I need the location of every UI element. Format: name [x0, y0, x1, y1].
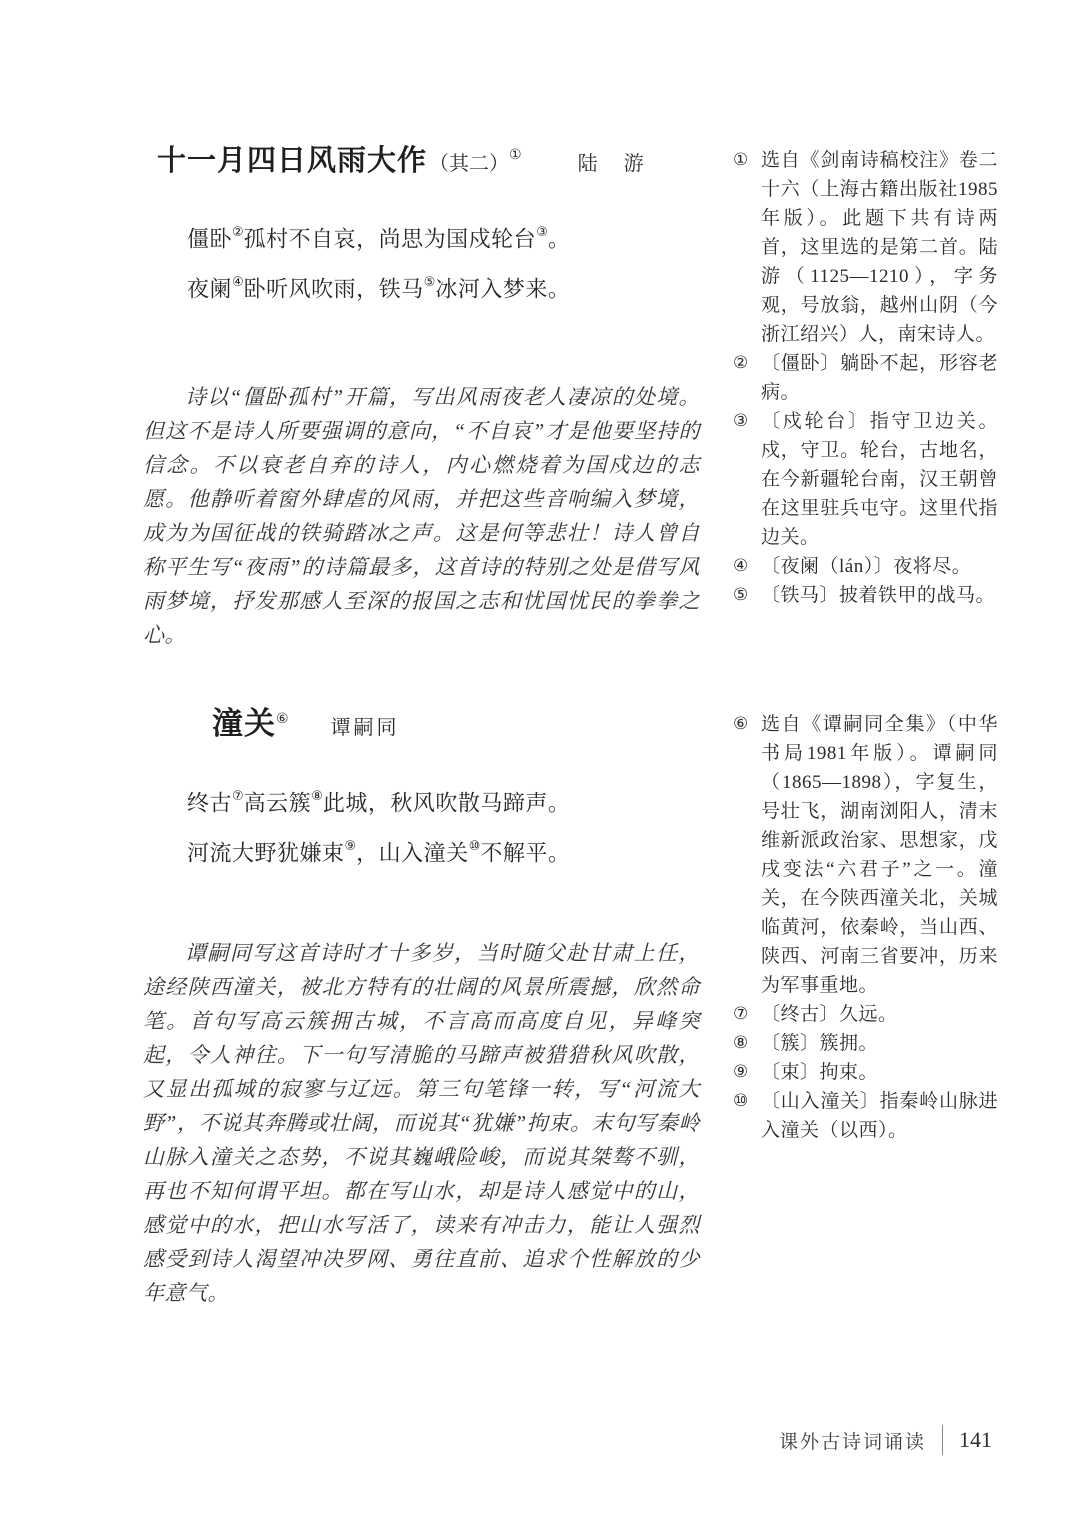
- note-ref-9: ⑨: [345, 839, 357, 854]
- poem1-line2: 夜阑④卧听风吹雨，铁马⑤冰河入梦来。: [187, 262, 570, 312]
- annotation-text: 〔簇〕簇拥。: [761, 1029, 998, 1058]
- annotation-text: 〔僵卧〕躺卧不起，形容老病。: [761, 349, 998, 407]
- note-ref-10: ⑩: [469, 839, 481, 854]
- footer-divider: [942, 1425, 943, 1455]
- poem2-author: 谭嗣同: [331, 711, 400, 740]
- annotation-number: ⑦: [733, 1000, 761, 1029]
- poem1-title-note-ref: ①: [509, 147, 522, 163]
- poem2-title: 潼关: [212, 698, 276, 743]
- annotation-number: ⑤: [733, 581, 761, 610]
- annotation-text: 〔夜阑（lán）〕夜将尽。: [761, 552, 998, 581]
- annotation-item-9: ⑨ 〔束〕拘束。: [733, 1058, 998, 1087]
- annotation-number: ③: [733, 407, 761, 436]
- annotation-number: ②: [733, 349, 761, 378]
- note-ref-2: ②: [232, 225, 244, 240]
- annotations-poem1: ① 选自《剑南诗稿校注》卷二十六（上海古籍出版社1985年版）。此题下共有诗两首…: [733, 146, 998, 610]
- annotation-item-8: ⑧ 〔簇〕簇拥。: [733, 1029, 998, 1058]
- annotation-text: 选自《谭嗣同全集》（中华书局1981年版）。谭嗣同（1865—1898），字复生…: [761, 710, 998, 1000]
- annotation-item-5: ⑤ 〔铁马〕披着铁甲的战马。: [733, 581, 998, 610]
- footer-page-number: 141: [959, 1427, 992, 1453]
- poem2-line2: 河流大野犹嫌束⑨，山入潼关⑩不解平。: [187, 826, 570, 876]
- poem1-line1: 僵卧②孤村不自哀，尚思为国戍轮台③。: [187, 212, 570, 262]
- annotation-number: ①: [733, 146, 761, 175]
- annotation-text: 〔铁马〕披着铁甲的战马。: [761, 581, 998, 610]
- note-ref-7: ⑦: [232, 789, 244, 804]
- annotation-item-1: ① 选自《剑南诗稿校注》卷二十六（上海古籍出版社1985年版）。此题下共有诗两首…: [733, 146, 998, 349]
- poem1-subtitle: （其二）: [429, 147, 509, 176]
- poem1-title-row: 十一月四日风雨大作（其二）① 陆 游: [157, 138, 647, 179]
- poem1-title: 十一月四日风雨大作: [157, 138, 427, 179]
- annotation-text: 〔束〕拘束。: [761, 1058, 998, 1087]
- footer-section-label: 课外古诗词诵读: [779, 1427, 926, 1454]
- page-footer: 课外古诗词诵读 141: [779, 1425, 992, 1455]
- poem1-commentary: 诗以“僵卧孤村”开篇，写出风雨夜老人凄凉的处境。但这不是诗人所要强调的意向，“不…: [143, 380, 700, 652]
- note-ref-8: ⑧: [311, 789, 323, 804]
- annotation-item-3: ③ 〔戍轮台〕指守卫边关。戍，守卫。轮台，古地名，在今新疆轮台南，汉王朝曾在这里…: [733, 407, 998, 552]
- main-text-column: 十一月四日风雨大作（其二）① 陆 游 僵卧②孤村不自哀，尚思为国戍轮台③。 夜阑…: [143, 0, 700, 1526]
- annotation-text: 〔山入潼关〕指秦岭山脉进入潼关（以西）。: [761, 1087, 998, 1145]
- poem1-author: 陆 游: [578, 147, 647, 176]
- note-ref-5: ⑤: [424, 275, 436, 290]
- annotation-item-6: ⑥ 选自《谭嗣同全集》（中华书局1981年版）。谭嗣同（1865—1898），字…: [733, 710, 998, 1000]
- annotation-text: 〔终古〕久远。: [761, 1000, 998, 1029]
- annotation-number: ⑧: [733, 1029, 761, 1058]
- annotation-number: ④: [733, 552, 761, 581]
- annotation-item-7: ⑦ 〔终古〕久远。: [733, 1000, 998, 1029]
- poem2-body: 终古⑦高云簇⑧此城，秋风吹散马蹄声。 河流大野犹嫌束⑨，山入潼关⑩不解平。: [187, 776, 570, 877]
- poem2-line1: 终古⑦高云簇⑧此城，秋风吹散马蹄声。: [187, 776, 570, 826]
- annotation-item-2: ② 〔僵卧〕躺卧不起，形容老病。: [733, 349, 998, 407]
- poem2-title-row: 潼关⑥ 谭嗣同: [212, 698, 400, 743]
- poem2-title-note-ref: ⑥: [276, 711, 289, 727]
- poem1-body: 僵卧②孤村不自哀，尚思为国戍轮台③。 夜阑④卧听风吹雨，铁马⑤冰河入梦来。: [187, 212, 570, 313]
- poem2-commentary: 谭嗣同写这首诗时才十多岁，当时随父赴甘肃上任，途经陕西潼关，被北方特有的壮阔的风…: [143, 936, 700, 1310]
- annotations-poem2: ⑥ 选自《谭嗣同全集》（中华书局1981年版）。谭嗣同（1865—1898），字…: [733, 710, 998, 1145]
- annotation-text: 〔戍轮台〕指守卫边关。戍，守卫。轮台，古地名，在今新疆轮台南，汉王朝曾在这里驻兵…: [761, 407, 998, 552]
- annotation-column: ① 选自《剑南诗稿校注》卷二十六（上海古籍出版社1985年版）。此题下共有诗两首…: [733, 0, 998, 1526]
- annotation-item-10: ⑩ 〔山入潼关〕指秦岭山脉进入潼关（以西）。: [733, 1087, 998, 1145]
- note-ref-4: ④: [232, 275, 244, 290]
- annotation-text: 选自《剑南诗稿校注》卷二十六（上海古籍出版社1985年版）。此题下共有诗两首，这…: [761, 146, 998, 349]
- annotation-number: ⑩: [733, 1087, 761, 1116]
- note-ref-3: ③: [536, 225, 548, 240]
- annotation-number: ⑥: [733, 710, 761, 739]
- annotation-number: ⑨: [733, 1058, 761, 1087]
- annotation-item-4: ④ 〔夜阑（lán）〕夜将尽。: [733, 552, 998, 581]
